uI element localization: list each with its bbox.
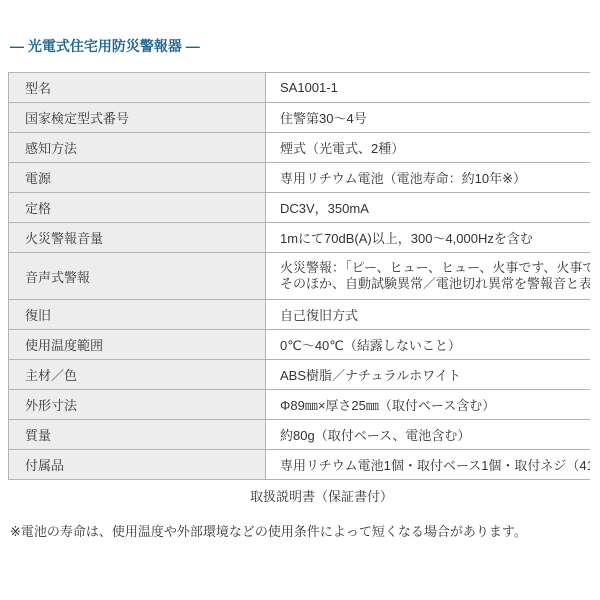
spec-value: Φ89㎜×厚さ25㎜（取付ベース含む） <box>266 390 591 420</box>
table-row: 電源 専用リチウム電池（電池寿命：約10年※） <box>9 163 591 193</box>
table-row: 付属品 専用リチウム電池1個・取付ベース1個・取付ネジ（41㎜）2本 <box>9 450 591 480</box>
spec-label: 使用温度範囲 <box>9 330 266 360</box>
spec-value: 自己復旧方式 <box>266 300 591 330</box>
spec-value: 約80g（取付ベース、電池含む） <box>266 420 591 450</box>
spec-label: 国家検定型式番号 <box>9 103 266 133</box>
table-row: 外形寸法 Φ89㎜×厚さ25㎜（取付ベース含む） <box>9 390 591 420</box>
spec-value: ABS樹脂／ナチュラルホワイト <box>266 360 591 390</box>
spec-label: 感知方法 <box>9 133 266 163</box>
spec-table: 型名 SA1001-1 国家検定型式番号 住警第30～4号 感知方法 煙式（光電… <box>8 72 590 480</box>
table-row: 国家検定型式番号 住警第30～4号 <box>9 103 591 133</box>
spec-label: 定格 <box>9 193 266 223</box>
spec-label: 外形寸法 <box>9 390 266 420</box>
spec-label: 復旧 <box>9 300 266 330</box>
product-spec-page: — 光電式住宅用防災警報器 — 型名 SA1001-1 国家検定型式番号 住警第… <box>0 0 600 600</box>
page-title: — 光電式住宅用防災警報器 — <box>10 38 600 54</box>
table-row: 感知方法 煙式（光電式、2種） <box>9 133 591 163</box>
spec-value-line: 火災警報：「ピー、ヒュー、ヒュー、火事です、火事です」 <box>280 260 585 276</box>
table-row: 音声式警報 火災警報：「ピー、ヒュー、ヒュー、火事です、火事です」 そのほか、自… <box>9 253 591 300</box>
spec-label: 火災警報音量 <box>9 223 266 253</box>
page-content: — 光電式住宅用防災警報器 — 型名 SA1001-1 国家検定型式番号 住警第… <box>0 0 600 539</box>
spec-label: 付属品 <box>9 450 266 480</box>
spec-value: 火災警報：「ピー、ヒュー、ヒュー、火事です、火事です」 そのほか、自動試験異常／… <box>266 253 591 300</box>
spec-value-line: そのほか、自動試験異常／電池切れ異常を警報音と表示灯により報知 <box>280 276 585 292</box>
spec-value: DC3V，350mA <box>266 193 591 223</box>
spec-label: 電源 <box>9 163 266 193</box>
spec-value: 住警第30～4号 <box>266 103 591 133</box>
table-row: 主材／色 ABS樹脂／ナチュラルホワイト <box>9 360 591 390</box>
spec-label: 音声式警報 <box>9 253 266 300</box>
accessories-extra-line: 取扱説明書（保証書付） <box>250 489 600 504</box>
table-row: 使用温度範囲 0℃～40℃（結露しないこと） <box>9 330 591 360</box>
spec-value: 専用リチウム電池（電池寿命：約10年※） <box>266 163 591 193</box>
spec-label: 型名 <box>9 73 266 103</box>
spec-label: 主材／色 <box>9 360 266 390</box>
spec-value: 1mにて70dB(A)以上，300～4,000Hzを含む <box>266 223 591 253</box>
table-row: 火災警報音量 1mにて70dB(A)以上，300～4,000Hzを含む <box>9 223 591 253</box>
table-row: 復旧 自己復旧方式 <box>9 300 591 330</box>
table-row: 定格 DC3V，350mA <box>9 193 591 223</box>
table-row: 型名 SA1001-1 <box>9 73 591 103</box>
spec-value: 専用リチウム電池1個・取付ベース1個・取付ネジ（41㎜）2本 <box>266 450 591 480</box>
table-row: 質量 約80g（取付ベース、電池含む） <box>9 420 591 450</box>
spec-label: 質量 <box>9 420 266 450</box>
spec-value: 煙式（光電式、2種） <box>266 133 591 163</box>
spec-value: 0℃～40℃（結露しないこと） <box>266 330 591 360</box>
spec-value: SA1001-1 <box>266 73 591 103</box>
battery-life-footnote: ※電池の寿命は、使用温度や外部環境などの使用条件によって短くなる場合があります。 <box>10 524 600 539</box>
